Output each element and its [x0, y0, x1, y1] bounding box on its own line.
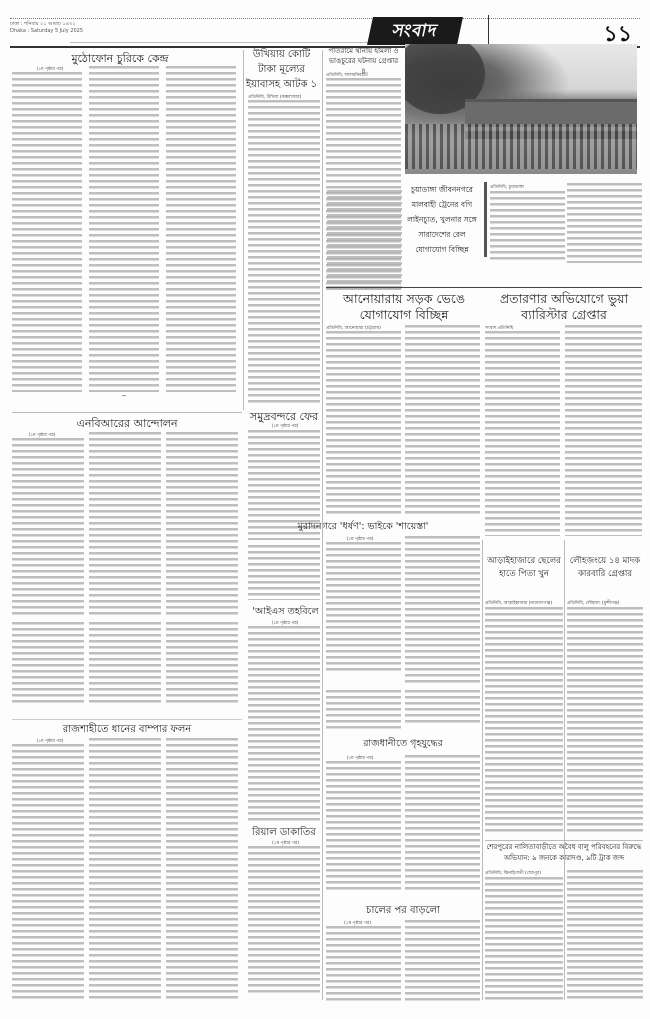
- article-column: [166, 66, 236, 392]
- section-divider: [12, 412, 242, 413]
- newspaper-page: ঢাকা : শনিবার ২১ আষাঢ় ১৪৩২ Dhaka : Satu…: [0, 0, 650, 1019]
- article-column: [326, 690, 401, 730]
- accent-bar: [484, 182, 487, 257]
- headline-lohajang: লৌহজংয়ে ১৪ মাদক কারবারি গ্রেপ্তার: [567, 555, 643, 581]
- article-column: [565, 325, 642, 536]
- article-column: [89, 622, 161, 704]
- headline-barrister: প্রতারণার অভিযোগে ভুয়া ব্যারিস্টার গ্রে…: [485, 291, 643, 323]
- byline: প্রতিনিধি, ঝিনাইগাতী (শেরপুর): [485, 870, 563, 877]
- headline-muradnagar: মুরাদনগরে 'ধর্ষণ': ভাইকে 'শায়েস্তা': [248, 520, 478, 535]
- column-divider: [482, 540, 483, 1000]
- date-english: Dhaka : Saturday 5 July 2025: [10, 28, 83, 35]
- column-divider: [564, 540, 565, 1000]
- article-column: [248, 545, 320, 600]
- train-derailment-photo: [405, 44, 637, 174]
- article-column: [326, 542, 401, 672]
- headline-yaba: উখিয়ায় কোটি টাকা মূল্যের ইয়াবাসহ আটক …: [244, 47, 319, 92]
- article-column: [326, 331, 401, 514]
- headline-rajshahi: রাজশাহীতে ধানের বাম্পার ফলন: [12, 722, 242, 739]
- article-column: [248, 846, 320, 996]
- issue-date: ঢাকা : শনিবার ২১ আষাঢ় ১৪৩২ Dhaka : Satu…: [10, 21, 83, 35]
- article-column: [326, 761, 401, 891]
- date-bangla: ঢাকা : শনিবার ২১ আষাঢ় ১৪৩২: [10, 21, 83, 28]
- article-column: [12, 744, 84, 1000]
- article-column: [567, 870, 643, 1001]
- section-divider: [12, 719, 242, 720]
- article-column: [248, 626, 320, 751]
- article-column: [89, 66, 159, 392]
- article-column: [166, 738, 238, 1000]
- headline-ias: 'আইএস তহবিলে: [248, 605, 323, 620]
- byline: প্রতিনিধি, আড়াইহাজার (নারায়ণগঞ্জ): [485, 600, 563, 607]
- article-column: [89, 738, 161, 1000]
- article-column: [12, 72, 82, 392]
- headline-rice: চালের পর বাড়লো: [326, 903, 480, 920]
- headline-capital: রাজধানীতে গৃহযুদ্ধের: [326, 737, 480, 752]
- article-column: [166, 622, 238, 704]
- article-column: [405, 920, 480, 1001]
- article-column: [567, 607, 643, 835]
- article-column: [12, 622, 84, 704]
- article-column: [485, 607, 563, 835]
- byline: প্রতিনিধি, চুয়াডাঙ্গা: [490, 184, 565, 191]
- article-column: [248, 100, 320, 405]
- article-column: [12, 438, 84, 618]
- headline-train: চুয়াডাঙ্গা জীবননগরে মালবাহী ট্রেনের বগি…: [402, 182, 482, 257]
- column-divider: [243, 50, 244, 410]
- article-column: [405, 325, 480, 514]
- article-column: [405, 755, 480, 891]
- article-column: [327, 190, 402, 290]
- byline: প্রতিনিধি, লৌহজং (মুন্সীগঞ্জ): [567, 600, 643, 607]
- article-column: [248, 752, 320, 822]
- article-column: [485, 877, 563, 1001]
- subhead: —: [89, 394, 159, 399]
- article-column: [326, 926, 401, 1001]
- column-divider: [322, 50, 323, 1000]
- article-column: [490, 191, 565, 263]
- article-column: [405, 536, 480, 686]
- article-column: [485, 331, 560, 536]
- headline-road: আনোয়ারায় সড়ক ভেঙে যোগাযোগ বিচ্ছিন্ন: [326, 291, 482, 323]
- headline-araihazar: আড়াইহাজারে ছেলের হাতে পিতা খুন: [485, 555, 563, 581]
- newspaper-logo: সংবাদ: [367, 17, 463, 45]
- article-column: [166, 432, 238, 618]
- photo-crowd: [405, 124, 637, 169]
- article-column: [405, 690, 480, 725]
- jump-line: (১ম পৃষ্ঠার পর): [260, 423, 310, 430]
- article-column: [567, 183, 642, 263]
- section-divider: [326, 287, 642, 288]
- article-column: [89, 432, 161, 618]
